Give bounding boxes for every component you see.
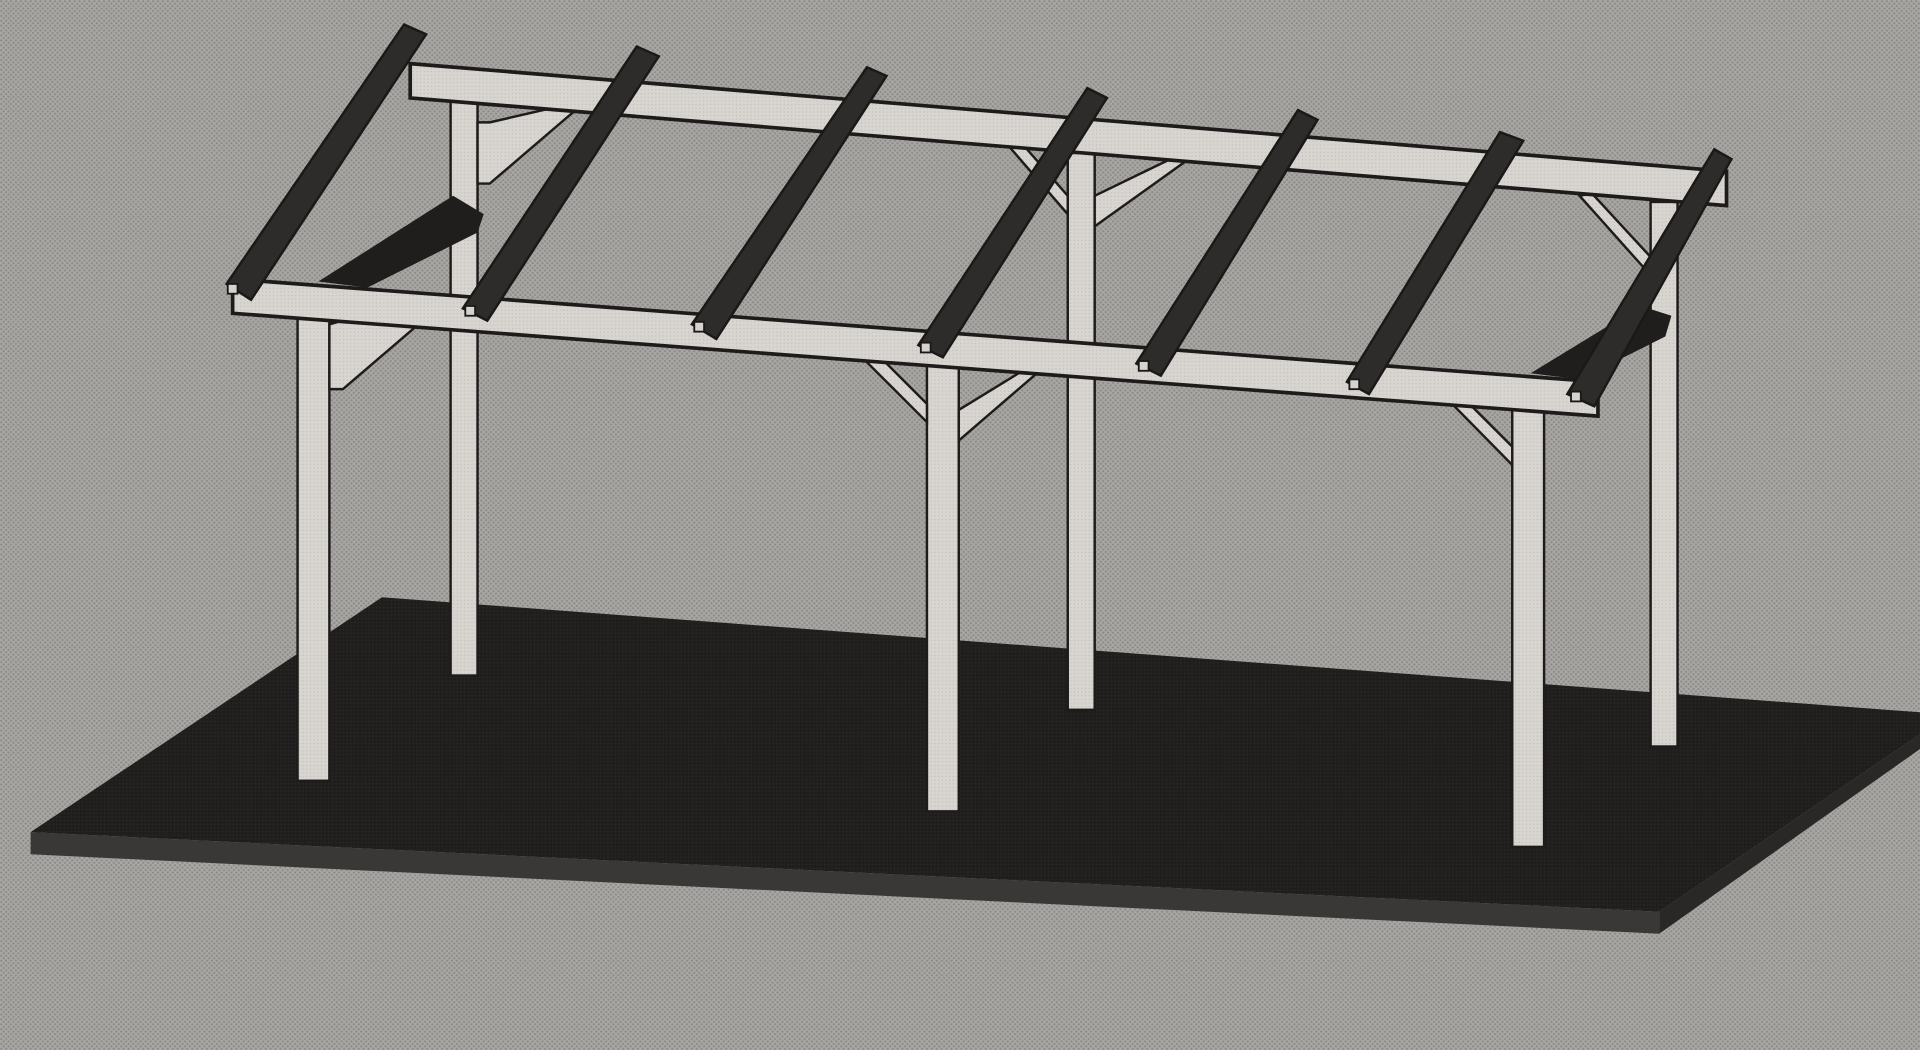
front-post-middle <box>927 361 959 811</box>
front-post-left <box>298 312 330 781</box>
front-post-right <box>1512 404 1544 847</box>
back-post-left <box>451 98 478 676</box>
pergola-illustration <box>0 0 1920 1050</box>
back-post-middle <box>1068 153 1095 710</box>
